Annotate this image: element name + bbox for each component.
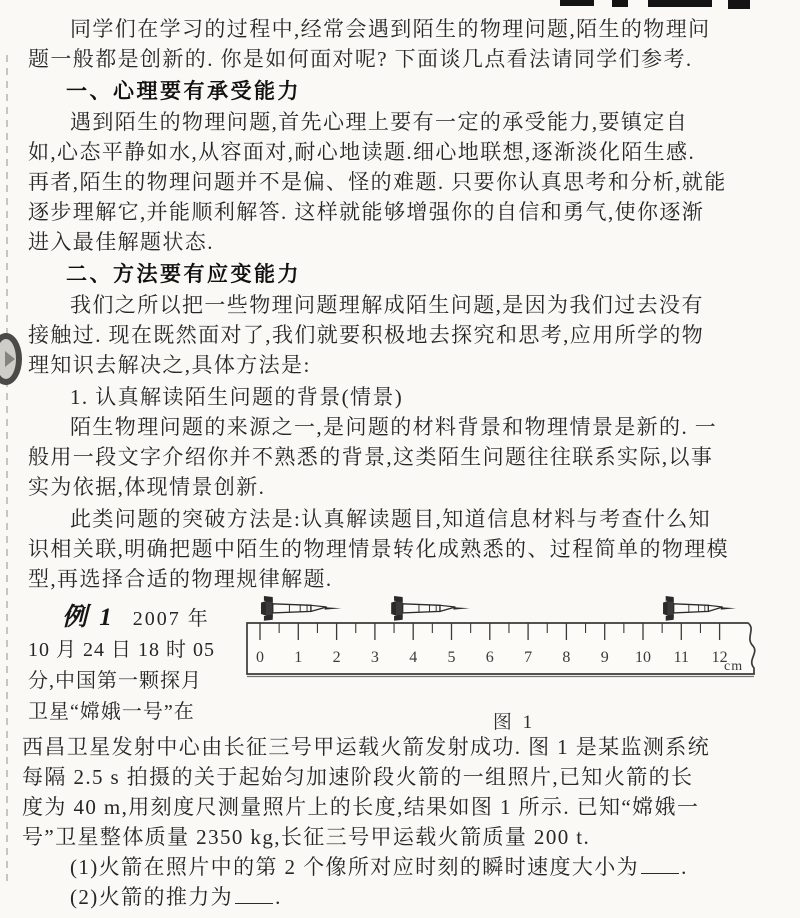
section2-line: 理知识去解决之,具体方法是:: [28, 350, 772, 380]
svg-text:10: 10: [635, 649, 651, 666]
svg-text:2: 2: [333, 649, 341, 666]
intro-line: 同学们在学习的过程中,经常会遇到陌生的物理问题,陌生的物理问: [28, 14, 772, 44]
svg-text:3: 3: [371, 649, 379, 666]
section2-para3-line: 此类问题的突破方法是:认真解读题目,知道信息材料与考查什么知: [28, 504, 772, 534]
section1-line: 如,心态平静如水,从容面对,耐心地读题.细心地联想,逐渐淡化陌生感.: [28, 137, 772, 167]
section1-line: 逐步理解它,并能顺利解答. 这样就能够增强你的自信和勇气,使你逐渐: [28, 197, 772, 227]
answer-blank-1: [641, 855, 679, 874]
svg-text:0: 0: [256, 649, 264, 666]
answer-blank-2: [235, 885, 273, 904]
section1-line: 进入最佳解题状态.: [28, 227, 772, 257]
example-date: 2007 年: [133, 604, 210, 635]
question-2-text: (2)火箭的推力为: [70, 885, 233, 909]
section2-para2-line: 陌生物理问题的来源之一,是问题的材料背景和物理情景是新的. 一: [28, 412, 772, 442]
section2-heading: 二、方法要有应变能力: [28, 259, 772, 290]
rocket-image-3: [663, 596, 736, 621]
section2-para3-line: 识相关联,明确把题中陌生的物理情景转化成熟悉的、过程简单的物理模: [28, 534, 772, 564]
rocket-image-1: [261, 596, 341, 621]
section2-line: 接触过. 现在既然面对了,我们就要积极地去探究和思考,应用所学的物: [28, 320, 772, 350]
example-region: 例 1 2007 年 10 月 24 日 18 时 05 分,中国第一颗探月 卫…: [28, 600, 772, 732]
figure-ruler: 0123456789101112 cm 图 1: [240, 596, 788, 734]
section2-para2-line: 般用一段文字介绍你并不熟悉的背景,这类陌生问题往往联系实际,以事: [28, 442, 772, 472]
example-first-line: 例 1 2007 年: [28, 602, 242, 635]
figure-caption: 图 1: [240, 707, 788, 734]
example-body-line: 西昌卫星发射中心由长征三号甲运载火箭发射成功. 图 1 是某监测系统: [22, 732, 772, 762]
intro-line: 题一般都是创新的. 你是如何面对呢? 下面谈几点看法请同学们参考.: [28, 44, 772, 74]
svg-text:7: 7: [524, 649, 532, 666]
example-side-line: 分,中国第一颗探月: [28, 666, 242, 697]
example-body-line: 每隔 2.5 s 拍摄的关于起始匀加速阶段火箭的一组照片,已知火箭的长: [22, 762, 772, 792]
question-line-1: (1)火箭在照片中的第 2 个像所对应时刻的瞬时速度大小为.: [28, 852, 772, 882]
example-body-line: 度为 40 m,用刻度尺测量照片上的长度,结果如图 1 所示. 已知“嫦娥一: [22, 792, 772, 822]
svg-text:6: 6: [486, 649, 494, 666]
ruler-unit-label: cm: [724, 659, 743, 674]
svg-text:4: 4: [409, 649, 417, 666]
section1-line: 再者,陌生的物理问题并不是偏、怪的难题. 只要你认真思考和分析,就能: [28, 167, 772, 197]
ruler-diagram: 0123456789101112 cm: [240, 596, 784, 700]
question-2-period: .: [275, 885, 282, 909]
example-side-column: 例 1 2007 年 10 月 24 日 18 时 05 分,中国第一颗探月 卫…: [28, 602, 242, 728]
question-1-period: .: [681, 855, 688, 879]
svg-text:11: 11: [674, 649, 689, 666]
svg-text:8: 8: [562, 649, 570, 666]
svg-text:1: 1: [294, 649, 302, 666]
section1-heading: 一、心理要有承受能力: [28, 76, 772, 107]
rocket-image-2: [391, 596, 470, 621]
question-1-text: (1)火箭在照片中的第 2 个像所对应时刻的瞬时速度大小为: [70, 855, 639, 879]
section2-subheading: 1. 认真解读陌生问题的背景(情景): [28, 382, 772, 412]
svg-text:9: 9: [601, 649, 609, 666]
example-body-line: 号”卫星整体质量 2350 kg,长征三号甲运载火箭质量 200 t.: [22, 822, 772, 852]
document-page: 同学们在学习的过程中,经常会遇到陌生的物理问题,陌生的物理问 题一般都是创新的.…: [0, 0, 800, 912]
example-side-line: 卫星“嫦娥一号”在: [28, 697, 242, 728]
section2-para2-line: 实为依据,体现情景创新.: [28, 472, 772, 502]
example-side-line: 10 月 24 日 18 时 05: [28, 635, 242, 666]
svg-text:5: 5: [448, 649, 456, 666]
question-line-2: (2)火箭的推力为.: [28, 882, 772, 912]
rocket-group: [261, 596, 736, 621]
section1-line: 遇到陌生的物理问题,首先心理上要有一定的承受能力,要镇定自: [28, 107, 772, 137]
section2-para3-line: 型,再选择合适的物理规律解题.: [28, 564, 772, 594]
section2-line: 我们之所以把一些物理问题理解成陌生问题,是因为我们过去没有: [28, 290, 772, 320]
example-marker: 例 1: [28, 602, 115, 633]
